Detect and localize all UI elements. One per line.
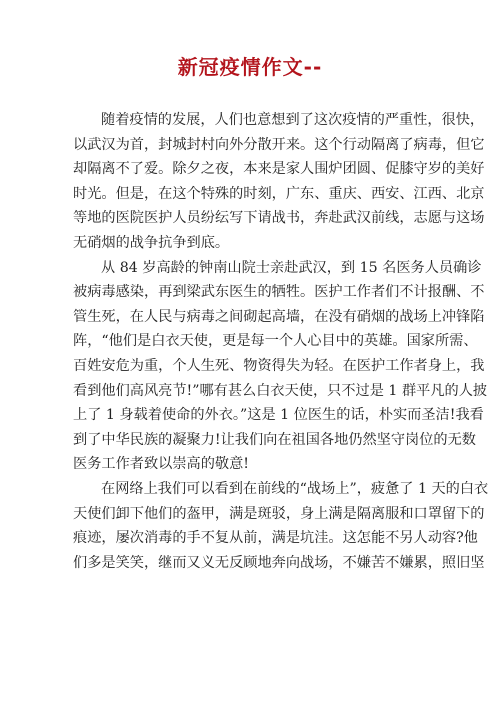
text-line: 们多是笑笑，继而又义无反顾地奔向战场，不嫌苦不嫌累，照旧坚 (73, 551, 435, 576)
document-body: 随着疫情的发展，人们也意想到了这次疫情的严重性，很快， 以武汉为首，封城封村向外… (73, 108, 435, 575)
text-line: 时光。但是，在这个特殊的时刻，广东、重庆、西安、江西、北京 (73, 182, 435, 207)
text-line: 痕迹，屡次消毒的手不复从前，满是坑洼。这怎能不另人动容?他 (73, 526, 435, 551)
text-line: 以武汉为首，封城封村向外分散开来。这个行动隔离了病毒，但它 (73, 133, 435, 158)
paragraph-2: 从 84 岁高龄的钟南山院士亲赴武汉，到 15 名医务人员确诊 被病毒感染，再到… (73, 256, 435, 477)
document-title: 新冠疫情作文-- (0, 53, 500, 81)
paragraph-3: 在网络上我们可以看到在前线的“战场上”，疲惫了 1 天的白衣 天使们卸下他们的盔… (73, 477, 435, 575)
document-page: 新冠疫情作文-- 随着疫情的发展，人们也意想到了这次疫情的严重性，很快， 以武汉… (0, 0, 500, 707)
text-line: 看到他们高风亮节!”哪有甚么白衣天使，只不过是 1 群平凡的人披 (73, 379, 435, 404)
text-line: 等地的医院医护人员纷纭写下请战书，奔赴武汉前线，志愿与这场 (73, 206, 435, 231)
text-line: 无硝烟的战争抗争到底。 (73, 231, 435, 256)
text-line: 随着疫情的发展，人们也意想到了这次疫情的严重性，很快， (73, 108, 435, 133)
text-line: 被病毒感染，再到梁武东医生的牺牲。医护工作者们不计报酬、不 (73, 280, 435, 305)
text-line: 阵，“他们是白衣天使，更是每一个人心目中的英雄。国家所需、 (73, 329, 435, 354)
text-line: 在网络上我们可以看到在前线的“战场上”，疲惫了 1 天的白衣 (73, 477, 435, 502)
text-line: 从 84 岁高龄的钟南山院士亲赴武汉，到 15 名医务人员确诊 (73, 256, 435, 281)
text-line: 医务工作者致以崇高的敬意! (73, 452, 435, 477)
text-line: 百姓安危为重，个人生死、物资得失为轻。在医护工作者身上，我 (73, 354, 435, 379)
text-line: 管生死，在人民与病毒之间砌起高墙，在没有硝烟的战场上冲锋陷 (73, 305, 435, 330)
text-line: 天使们卸下他们的盔甲，满是斑驳，身上满是隔离服和口罩留下的 (73, 502, 435, 527)
text-line: 上了 1 身载着使命的外衣。”这是 1 位医生的话，朴实而圣洁!我看 (73, 403, 435, 428)
paragraph-1: 随着疫情的发展，人们也意想到了这次疫情的严重性，很快， 以武汉为首，封城封村向外… (73, 108, 435, 256)
text-line: 却隔离不了爱。除夕之夜，本来是家人围炉团圆、促膝守岁的美好 (73, 157, 435, 182)
text-line: 到了中华民族的凝聚力!让我们向在祖国各地仍然坚守岗位的无数 (73, 428, 435, 453)
